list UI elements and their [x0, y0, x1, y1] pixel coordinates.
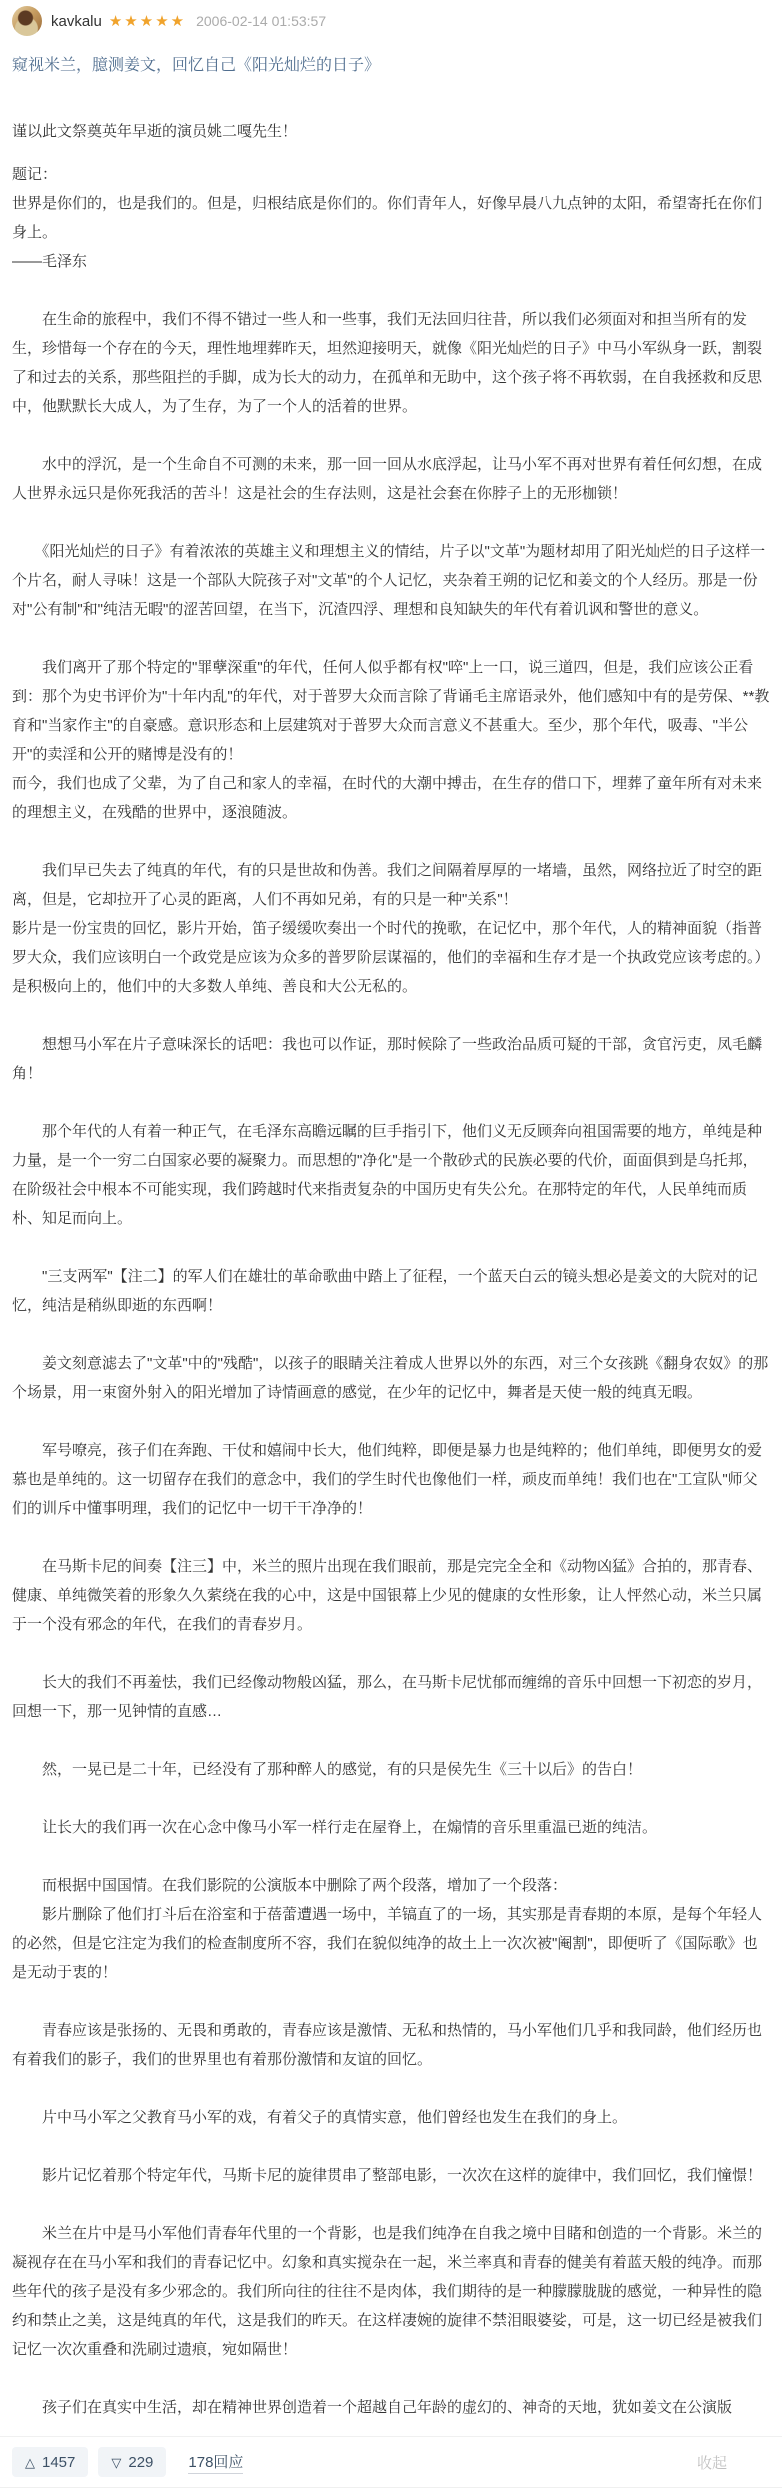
paragraph: 《阳光灿烂的日子》有着浓浓的英雄主义和理想主义的情结，片子以"文革"为题材却用了… — [12, 537, 770, 624]
avatar[interactable] — [12, 6, 42, 36]
upvote-count: 1457 — [42, 2454, 75, 2471]
upvote-button[interactable]: △ 1457 — [12, 2447, 88, 2477]
review-body: 谨以此文祭奠英年早逝的演员姚二嘎先生！题记： 世界是你们的，也是我们的。但是，归… — [12, 117, 770, 2422]
review-card: kavkalu ★★★★★ 2006-02-14 01:53:57 窥视米兰，臆… — [0, 0, 782, 2422]
username[interactable]: kavkalu — [51, 13, 102, 30]
paragraph: 影片记忆着那个特定年代，马斯卡尼的旋律贯串了整部电影，一次次在这样的旋律中，我们… — [12, 2161, 770, 2190]
paragraph: 在马斯卡尼的间奏【注三】中，米兰的照片出现在我们眼前，那是完完全全和《动物凶猛》… — [12, 1552, 770, 1639]
paragraph: 长大的我们不再羞怯，我们已经像动物般凶猛，那么，在马斯卡尼忧郁而缠绵的音乐中回想… — [12, 1668, 770, 1726]
paragraph: 那个年代的人有着一种正气，在毛泽东高瞻远瞩的巨手指引下，他们义无反顾奔向祖国需要… — [12, 1117, 770, 1233]
paragraph: 水中的浮沉，是一个生命自不可测的未来，那一回一回从水底浮起，让马小军不再对世界有… — [12, 450, 770, 508]
paragraph: 米兰在片中是马小军他们青春年代里的一个背影，也是我们纯净在自我之境中目睹和创造的… — [12, 2219, 770, 2364]
review-footer: △ 1457 ▽ 229 178回应 收起 — [0, 2436, 782, 2488]
paragraph: 而根据中国国情。在我们影院的公演版本中删除了两个段落，增加了一个段落： 影片删除… — [12, 1871, 770, 1987]
downvote-icon: ▽ — [111, 2456, 121, 2469]
paragraph: 题记： 世界是你们的，也是我们的。但是，归根结底是你们的。你们青年人，好像早晨八… — [12, 160, 770, 276]
paragraph: 孩子们在真实中生活，却在精神世界创造着一个超越自己年龄的虚幻的、神奇的天地，犹如… — [12, 2393, 770, 2422]
review-header: kavkalu ★★★★★ 2006-02-14 01:53:57 — [12, 0, 770, 36]
paragraph: 我们离开了那个特定的"罪孽深重"的年代，任何人似乎都有权"啐"上一口，说三道四，… — [12, 653, 770, 827]
rating-stars-icon: ★★★★★ — [109, 12, 186, 30]
timestamp: 2006-02-14 01:53:57 — [196, 13, 326, 29]
paragraph: 然，一晃已是二十年，已经没有了那种醉人的感觉，有的只是侯先生《三十以后》的告白！ — [12, 1755, 770, 1784]
paragraph: 在生命的旅程中，我们不得不错过一些人和一些事，我们无法回归往昔，所以我们必须面对… — [12, 305, 770, 421]
paragraph: "三支两军"【注二】的军人们在雄壮的革命歌曲中踏上了征程，一个蓝天白云的镜头想必… — [12, 1262, 770, 1320]
paragraph: 谨以此文祭奠英年早逝的演员姚二嘎先生！ — [12, 117, 770, 146]
paragraph: 想想马小军在片子意味深长的话吧：我也可以作证，那时候除了一些政治品质可疑的干部，… — [12, 1030, 770, 1088]
paragraph: 青春应该是张扬的、无畏和勇敢的，青春应该是激情、无私和热情的，马小军他们几乎和我… — [12, 2016, 770, 2074]
paragraph: 军号嘹亮，孩子们在奔跑、干仗和嬉闹中长大，他们纯粹，即便是暴力也是纯粹的；他们单… — [12, 1436, 770, 1523]
replies-link[interactable]: 178回应 — [188, 2451, 243, 2474]
paragraph: 让长大的我们再一次在心念中像马小军一样行走在屋脊上，在煽情的音乐里重温已逝的纯洁… — [12, 1813, 770, 1842]
paragraph: 姜文刻意滤去了"文革"中的"残酷"，以孩子的眼睛关注着成人世界以外的东西，对三个… — [12, 1349, 770, 1407]
collapse-button[interactable]: 收起 — [697, 2452, 727, 2473]
upvote-icon: △ — [25, 2456, 35, 2469]
paragraph: 我们早已失去了纯真的年代，有的只是世故和伪善。我们之间隔着厚厚的一堵墙，虽然，网… — [12, 856, 770, 1001]
downvote-button[interactable]: ▽ 229 — [98, 2447, 166, 2477]
downvote-count: 229 — [128, 2454, 153, 2471]
paragraph: 片中马小军之父教育马小军的戏，有着父子的真情实意，他们曾经也发生在我们的身上。 — [12, 2103, 770, 2132]
review-title[interactable]: 窥视米兰，臆测姜文，回忆自己《阳光灿烂的日子》 — [12, 52, 770, 75]
